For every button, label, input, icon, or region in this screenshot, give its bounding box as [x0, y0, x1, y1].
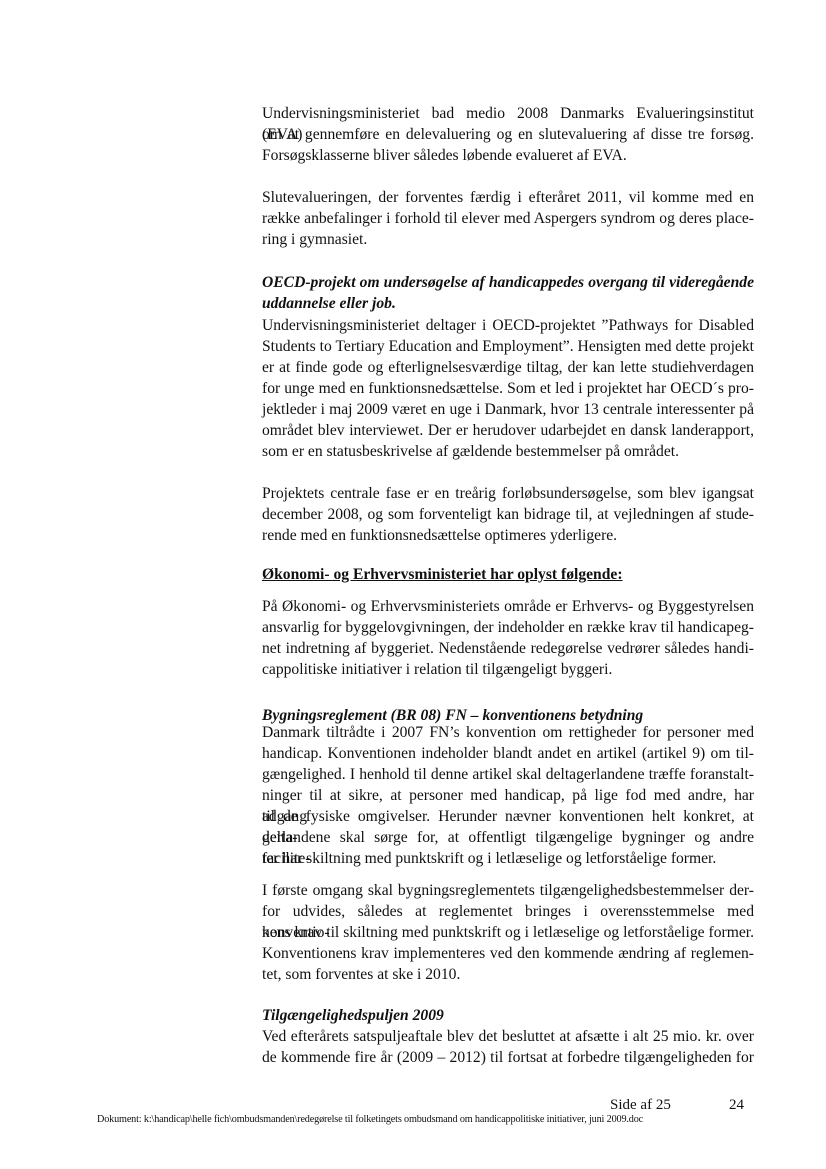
paragraph-projektets-line: december 2008, og som forventeligt kan b…: [262, 504, 754, 525]
paragraph-foerste-omgang-line: Konventionens krav implementeres ved den…: [262, 943, 754, 964]
footer-document-path: Dokument: k:\handicap\helle fich\ombudsm…: [97, 1114, 643, 1125]
paragraph-oecd-line: jektleder i maj 2009 været en uge i Danm…: [262, 399, 754, 420]
paragraph-projektets-line: Projektets centrale fase er en treårig f…: [262, 483, 754, 504]
paragraph-foerste-omgang-line: tet, som forventes at ske i 2010.: [262, 964, 754, 985]
paragraph-oecd-line: Undervisningsministeriet deltager i OECD…: [262, 315, 754, 336]
paragraph-fn-convention-line: ninger til at sikre, at personer med han…: [262, 785, 754, 806]
paragraph-foerste-omgang-line: for udvides, således at reglementet brin…: [262, 901, 754, 922]
paragraph-oekonomi-line: ansvarlig for byggelovgivningen, der ind…: [262, 617, 754, 638]
paragraph-satspulje-line: de kommende fire år (2009 – 2012) til fo…: [262, 1047, 754, 1068]
paragraph-oecd-line: Students to Tertiary Education and Emplo…: [262, 336, 754, 357]
footer-page-label: Side af 25: [610, 1097, 671, 1114]
paragraph-eva-line: om at gennemføre en delevaluering og en …: [262, 124, 754, 145]
paragraph-eva-line: Undervisningsministeriet bad medio 2008 …: [262, 103, 754, 124]
paragraph-oecd-line: for unge med en funktionsnedsættelse. So…: [262, 378, 754, 399]
paragraph-oecd-line: er at finde gode og efterlignelsesværdig…: [262, 357, 754, 378]
heading-oekonomi-ministeriet: Økonomi- og Erhvervsministeriet har oply…: [262, 564, 754, 585]
heading-tilgaengelighedspuljen: Tilgængelighedspuljen 2009: [262, 1005, 754, 1026]
paragraph-fn-convention-line: til de fysiske omgivelser. Herunder nævn…: [262, 806, 754, 827]
paragraph-eva-line: Forsøgsklasserne bliver således løbende …: [262, 145, 754, 166]
paragraph-oekonomi-line: cappolitiske initiativer i relation til …: [262, 659, 754, 680]
paragraph-satspulje-line: Ved efterårets satspuljeaftale blev det …: [262, 1026, 754, 1047]
paragraph-foerste-omgang-line: I første omgang skal bygningsreglementet…: [262, 880, 754, 901]
paragraph-fn-convention-line: handicap. Konventionen indeholder blandt…: [262, 743, 754, 764]
paragraph-foerste-omgang-line: nens krav til skiltning med punktskrift …: [262, 922, 754, 943]
paragraph-slutevaluering-line: ring i gymnasiet.: [262, 229, 754, 250]
document-page: Undervisningsministeriet bad medio 2008 …: [0, 0, 826, 1169]
paragraph-fn-convention-line: ter har skiltning med punktskrift og i l…: [262, 848, 754, 869]
paragraph-slutevaluering-line: Slutevalueringen, der forventes færdig i…: [262, 187, 754, 208]
paragraph-oecd-line: området blev interviewet. Der er herudov…: [262, 420, 754, 441]
paragraph-projektets-line: rende med en funktionsnedsættelse optime…: [262, 525, 754, 546]
paragraph-oekonomi-line: net indretning af byggeriet. Nedenståend…: [262, 638, 754, 659]
paragraph-oekonomi-line: På Økonomi- og Erhvervsministeriets områ…: [262, 596, 754, 617]
footer-page-number: 24: [729, 1097, 744, 1114]
paragraph-fn-convention-line: gængelighed. I henhold til denne artikel…: [262, 764, 754, 785]
paragraph-slutevaluering-line: række anbefalinger i forhold til elever …: [262, 208, 754, 229]
heading-oecd-project: OECD-projekt om undersøgelse af handicap…: [262, 272, 754, 293]
paragraph-fn-convention-line: Danmark tiltrådte i 2007 FN’s konvention…: [262, 722, 754, 743]
heading-oecd-project: uddannelse eller job.: [262, 293, 754, 314]
paragraph-oecd-line: som er en statusbeskrivelse af gældende …: [262, 441, 754, 462]
paragraph-fn-convention-line: gerlandene skal sørge for, at offentligt…: [262, 827, 754, 848]
